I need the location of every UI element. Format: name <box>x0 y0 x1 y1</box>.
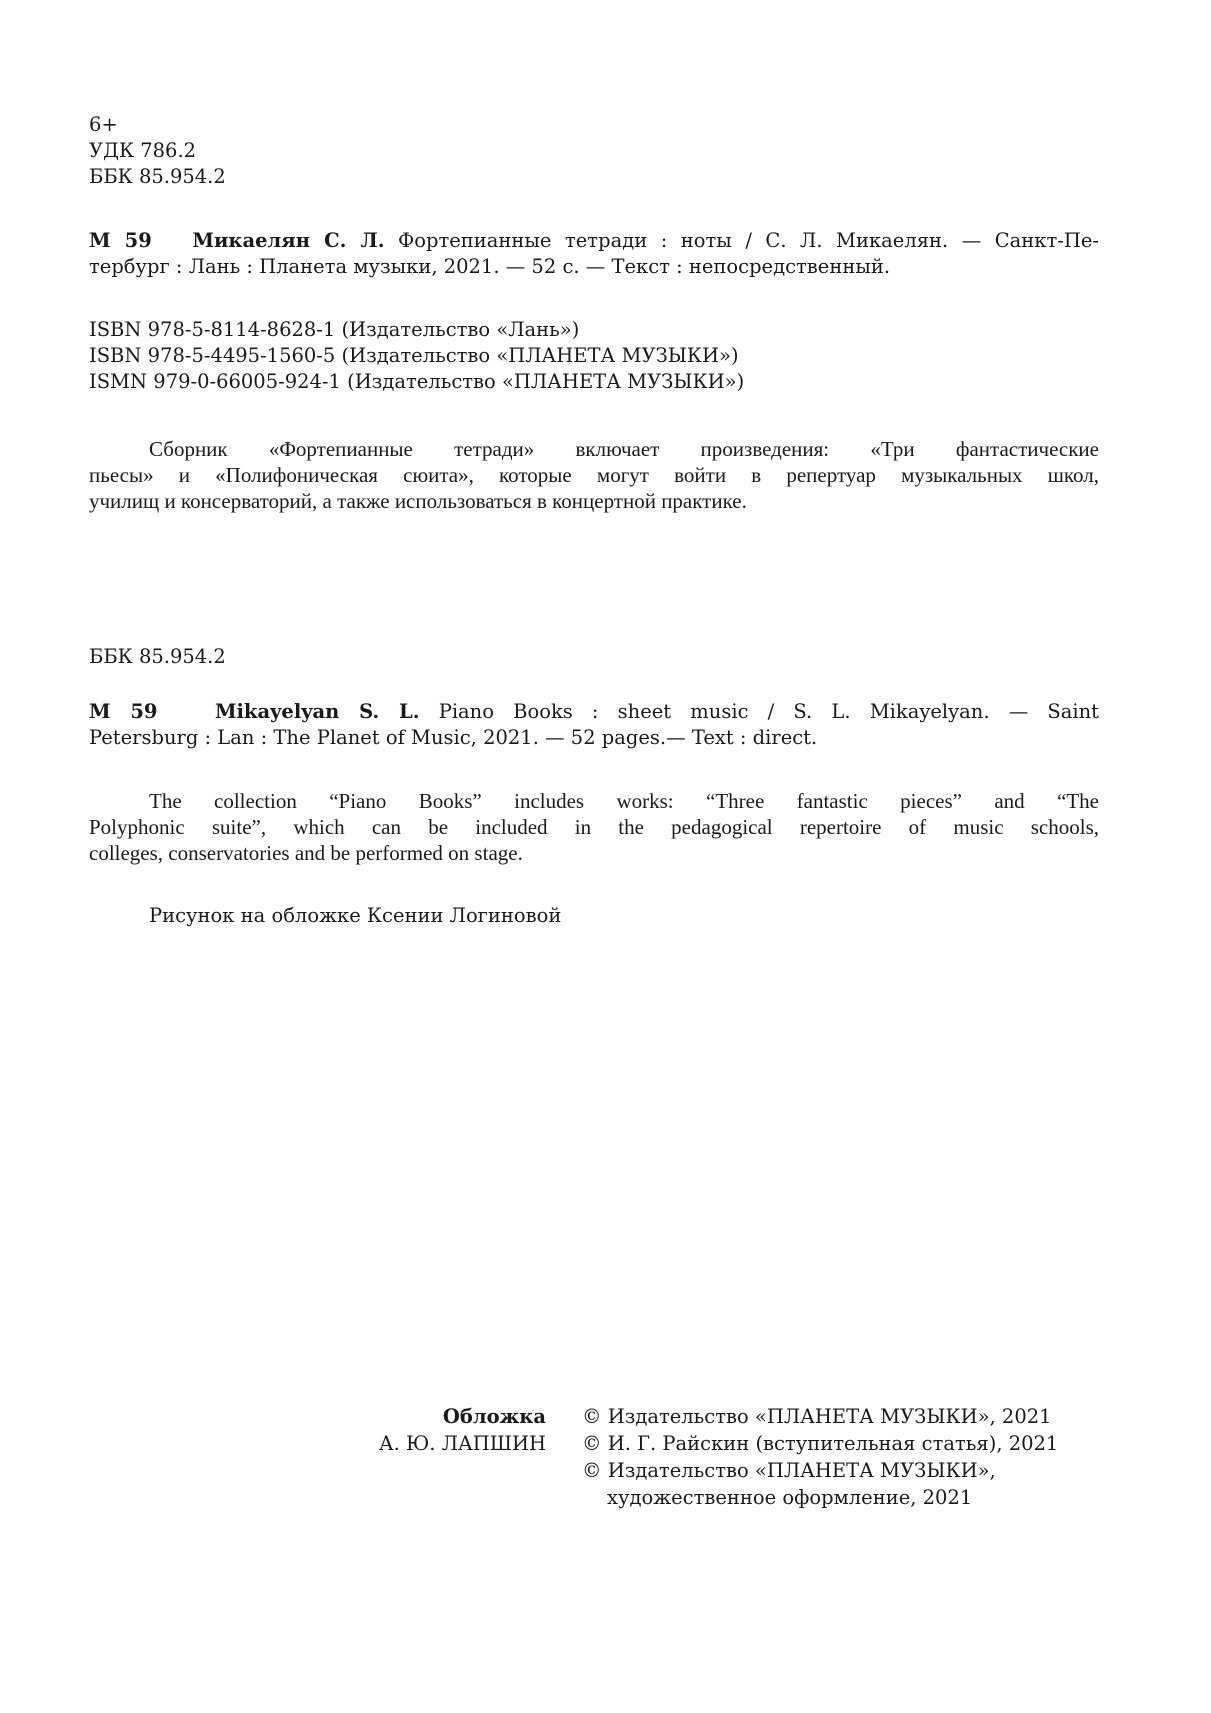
age-rating: 6+ <box>89 112 1099 138</box>
bbk-en-text: ББК 85.954.2 <box>89 644 1099 670</box>
catalog-meta: 6+ УДК 786.2 ББК 85.954.2 <box>89 112 1099 190</box>
en-annotation-line-2: Polyphonic suite”, which can be included… <box>89 814 1099 840</box>
en-entry-line-2: Petersburg : Lan : The Planet of Music, … <box>89 725 1099 751</box>
bbk-code: ББК 85.954.2 <box>89 164 1099 190</box>
ru-entry-code: М 59 <box>89 229 152 252</box>
copyright-page: 6+ УДК 786.2 ББК 85.954.2 М 59 Микаелян … <box>0 0 1211 1713</box>
ru-annotation-line-1: Сборник «Фортепианные тетради» включает … <box>89 436 1099 462</box>
en-entry-code: M 59 <box>89 700 157 723</box>
credits-block: Обложка © Издательство «ПЛАНЕТА МУЗЫКИ»,… <box>300 1404 1100 1512</box>
cover-art-credit-text: Рисунок на обложке Ксении Логиновой <box>149 903 1159 929</box>
russian-bibliographic-entry: М 59 Микаелян С. Л. Фортепианные тетради… <box>89 228 1099 280</box>
bbk-code-english: ББК 85.954.2 <box>89 644 1099 670</box>
copyright-line: © Издательство «ПЛАНЕТА МУЗЫКИ», <box>582 1458 996 1485</box>
cover-designer: А. Ю. ЛАПШИН <box>300 1431 582 1458</box>
en-entry-line-1: M 59 Mikayelyan S. L. Piano Books : shee… <box>89 699 1099 725</box>
isbn-lan: ISBN 978-5-8114-8628-1 (Издательство «Ла… <box>89 317 1099 343</box>
en-annotation-line-3: colleges, conservatories and be performe… <box>89 840 1099 866</box>
ru-entry-line-2: тербург : Лань : Планета музыки, 2021. —… <box>89 254 1099 280</box>
english-annotation: The collection “Piano Books” includes wo… <box>89 788 1099 866</box>
en-entry-author: Mikayelyan S. L. <box>215 700 420 723</box>
copyright-line: © Издательство «ПЛАНЕТА МУЗЫКИ», 2021 <box>582 1404 1052 1431</box>
credits-row: Обложка © Издательство «ПЛАНЕТА МУЗЫКИ»,… <box>300 1404 1100 1431</box>
credits-row: художественное оформление, 2021 <box>300 1485 1100 1512</box>
copyright-continuation: художественное оформление, 2021 <box>582 1485 972 1512</box>
ru-entry-line-1: М 59 Микаелян С. Л. Фортепианные тетради… <box>89 228 1099 254</box>
en-annotation-line-1: The collection “Piano Books” includes wo… <box>89 788 1099 814</box>
ru-annotation-line-3: училищ и консерваторий, а также использо… <box>89 488 1099 514</box>
udk-code: УДК 786.2 <box>89 138 1099 164</box>
cover-label: Обложка <box>300 1404 582 1431</box>
english-bibliographic-entry: M 59 Mikayelyan S. L. Piano Books : shee… <box>89 699 1099 751</box>
en-entry-title: Piano Books : sheet music / S. L. Mikaye… <box>439 700 1099 723</box>
ru-entry-author: Микаелян С. Л. <box>192 229 384 252</box>
credits-row: © Издательство «ПЛАНЕТА МУЗЫКИ», <box>300 1458 1100 1485</box>
ru-annotation-line-2: пьесы» и «Полифоническая сюита», которые… <box>89 462 1099 488</box>
isbn-planet-of-music: ISBN 978-5-4495-1560-5 (Издательство «ПЛ… <box>89 343 1099 369</box>
ru-entry-title: Фортепианные тетради : ноты / С. Л. Мика… <box>398 229 1099 252</box>
cover-art-credit: Рисунок на обложке Ксении Логиновой <box>149 903 1159 929</box>
copyright-line: © И. Г. Райскин (вступительная статья), … <box>582 1431 1058 1458</box>
isbn-list: ISBN 978-5-8114-8628-1 (Издательство «Ла… <box>89 317 1099 395</box>
ismn-planet-of-music: ISMN 979-0-66005-924-1 (Издательство «ПЛ… <box>89 369 1099 395</box>
russian-annotation: Сборник «Фортепианные тетради» включает … <box>89 436 1099 514</box>
credits-row: А. Ю. ЛАПШИН © И. Г. Райскин (вступитель… <box>300 1431 1100 1458</box>
